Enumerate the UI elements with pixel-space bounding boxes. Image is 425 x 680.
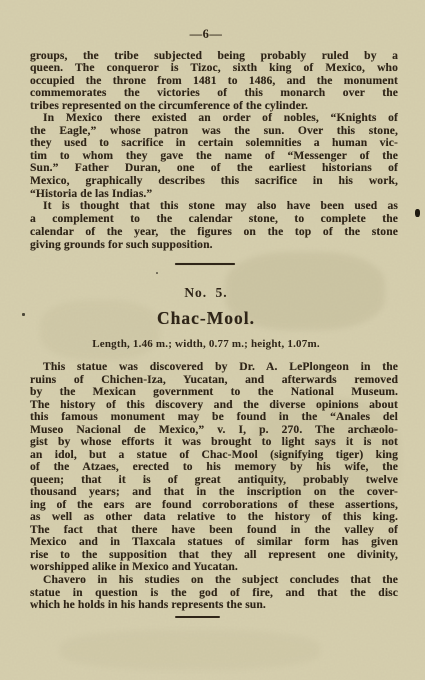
bleed-through-smudge (60, 630, 320, 670)
text-line: It is thought that this stone may also h… (30, 200, 398, 213)
section-title: Chac-Mool. (0, 308, 412, 329)
text-line: as well as other data relative to the hi… (30, 511, 398, 524)
text-line: a complement to the calendar stone, to c… (30, 213, 398, 226)
text-line: by the Mexican government to the Nationa… (30, 386, 398, 399)
text-line: they used to sacrifice in certain solemn… (30, 137, 398, 150)
paragraph-knights-of-eagle: In Mexico there existed an order of nobl… (30, 112, 398, 200)
section-dimensions: Length, 1.46 m.; width, 0.77 m.; height,… (0, 338, 412, 350)
ink-speck (415, 209, 420, 217)
text-line: calendar of the year, the figures on the… (30, 226, 398, 239)
text-line: this famous monument may be found in the… (30, 411, 398, 424)
text-line: Mexico and in Tlaxcala statues of simila… (30, 536, 398, 549)
text-line: queen. The conqueror is Tizoc, sixth kin… (30, 62, 398, 74)
ink-speck (156, 272, 158, 274)
text-line: worshipped alike in Mexico and Yucatan. (30, 561, 398, 574)
book-page: —6— groups, the tribe subjected being pr… (0, 0, 425, 680)
text-line: This statue was discovered by Dr. A. LeP… (30, 361, 398, 374)
text-line: of the Atzaes, erected to his memory by … (30, 461, 398, 474)
section-number: No. 5. (0, 285, 412, 301)
text-line: giving grounds for such supposition. (30, 239, 398, 252)
text-line: In Mexico there existed an order of nobl… (30, 112, 398, 125)
text-line: which he holds in his hands represents t… (30, 599, 398, 612)
section-divider-bottom (175, 616, 220, 618)
text-line: gist by whose efforts it was brought to … (30, 436, 398, 449)
paragraph-tizoc-1: groups, the tribe subjected being probab… (30, 50, 398, 112)
page-number: —6— (0, 27, 412, 42)
section-divider-top (175, 263, 235, 265)
text-line: Chavero in his studies on the subject co… (30, 574, 398, 587)
text-line: Mexico, graphically describes this sacri… (30, 175, 398, 188)
text-line: commemorates the victories of this monar… (30, 87, 398, 99)
paragraph-chavero-conclusion: Chavero in his studies on the subject co… (30, 574, 398, 612)
paragraph-chacmool-discovery: This statue was discovered by Dr. A. LeP… (30, 361, 398, 574)
paragraph-calendar-stone: It is thought that this stone may also h… (30, 200, 398, 252)
text-line: thousand years; and that in the inscript… (30, 486, 398, 499)
